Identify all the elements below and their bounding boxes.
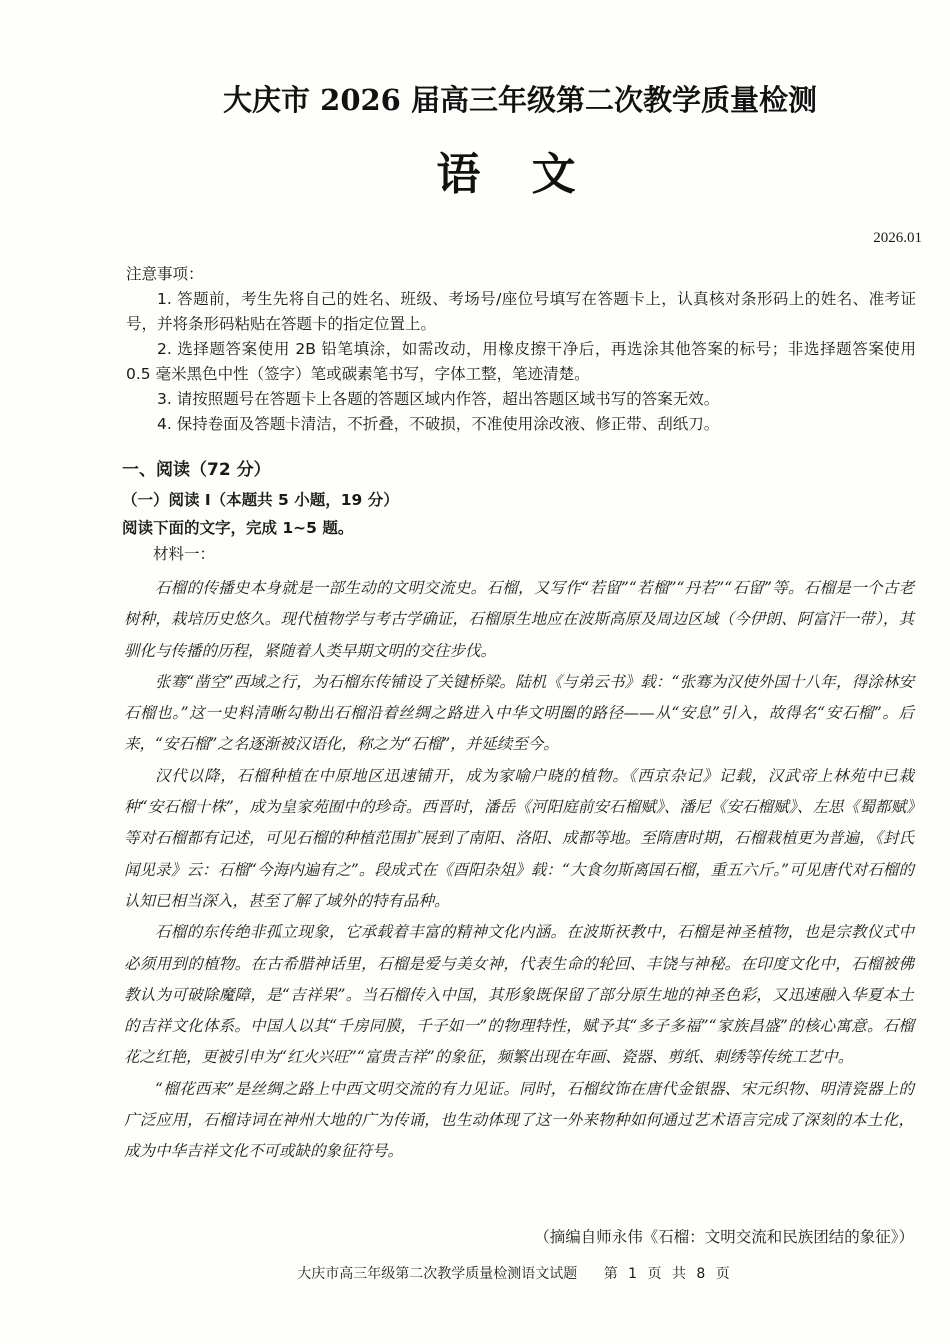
section-heading: 一、阅读（72 分） — [122, 455, 922, 480]
note-item: 1. 答题前，考生先将自己的姓名、班级、考场号/座位号填写在答题卡上，认真核对条… — [126, 287, 916, 337]
passage-paragraph: 石榴的传播史本身就是一部生动的文明交流史。石榴，又写作“若留”“若榴”“丹若”“… — [124, 573, 914, 667]
page-footer: 大庆市高三年级第二次教学质量检测语文试题 第 1 页 共 8 页 — [0, 1263, 950, 1283]
passage-paragraph: “榴花西来”是丝绸之路上中西文明交流的有力见证。同时，石榴纹饰在唐代金银器、宋元… — [124, 1074, 914, 1168]
passage-source: （摘编自师永伟《石榴：文明交流和民族团结的象征》） — [534, 1225, 914, 1247]
material-label: 材料一： — [122, 542, 922, 564]
notes-block: 注意事项： 1. 答题前，考生先将自己的姓名、班级、考场号/座位号填写在答题卡上… — [126, 262, 916, 437]
reading-instruction: 阅读下面的文字，完成 1~5 题。 — [122, 516, 922, 538]
notes-heading: 注意事项： — [126, 262, 916, 287]
passage-text: 石榴的传播史本身就是一部生动的文明交流史。石榴，又写作“若留”“若榴”“丹若”“… — [124, 573, 914, 1168]
note-item: 3. 请按照题号在答题卡上各题的答题区域内作答，超出答题区域书写的答案无效。 — [126, 387, 916, 412]
passage-paragraph: 张骞“凿空”西域之行，为石榴东传铺设了关键桥梁。陆机《与弟云书》载：“张骞为汉使… — [124, 667, 914, 761]
passage-paragraph: 石榴的东传绝非孤立现象，它承载着丰富的精神文化内涵。在波斯祆教中，石榴是神圣植物… — [124, 917, 914, 1073]
passage-paragraph: 汉代以降，石榴种植在中原地区迅速铺开，成为家喻户晓的植物。《西京杂记》记载，汉武… — [124, 761, 914, 917]
footer-page-number: 第 1 页 共 8 页 — [604, 1266, 733, 1282]
exam-date: 2026.01 — [873, 230, 922, 247]
exam-title: 大庆市 2026 届高三年级第二次教学质量检测 — [0, 78, 950, 119]
exam-page: 大庆市 2026 届高三年级第二次教学质量检测 语 文 2026.01 注意事项… — [0, 0, 950, 1344]
note-item: 2. 选择题答案使用 2B 铅笔填涂，如需改动，用橡皮擦干净后，再选涂其他答案的… — [126, 337, 916, 387]
note-item: 4. 保持卷面及答题卡清洁，不折叠，不破损，不准使用涂改液、修正带、刮纸刀。 — [126, 412, 916, 437]
reading-section: 一、阅读（72 分） （一）阅读 I（本题共 5 小题，19 分） 阅读下面的文… — [122, 455, 922, 566]
footer-exam-name: 大庆市高三年级第二次教学质量检测语文试题 — [297, 1266, 577, 1282]
sub-section-heading: （一）阅读 I（本题共 5 小题，19 分） — [122, 488, 922, 510]
subject-title: 语 文 — [0, 138, 950, 202]
